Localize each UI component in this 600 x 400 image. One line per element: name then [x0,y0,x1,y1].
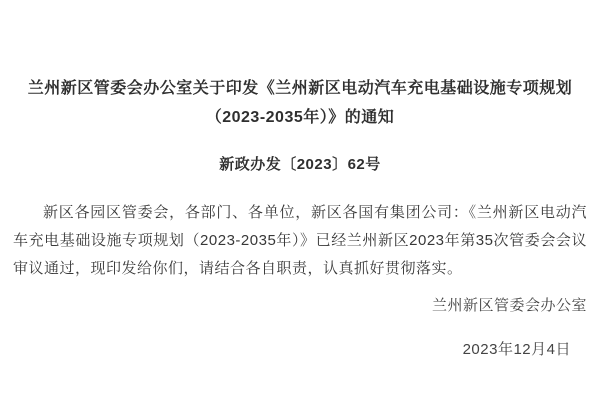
issue-date: 2023年12月4日 [13,336,587,364]
notice-body-paragraph: 新区各园区管委会，各部门、各单位，新区各国有集团公司：《兰州新区电动汽车充电基础… [13,199,587,283]
notice-title: 兰州新区管委会办公室关于印发《兰州新区电动汽车充电基础设施专项规划 （2023-… [13,0,587,132]
document-number: 新政办发〔2023〕62号 [13,153,587,174]
notice-title-line2: （2023-2035年）》的通知 [13,103,587,132]
notice-title-line1: 兰州新区管委会办公室关于印发《兰州新区电动汽车充电基础设施专项规划 [13,74,587,103]
notice-document: 兰州新区管委会办公室关于印发《兰州新区电动汽车充电基础设施专项规划 （2023-… [0,0,600,400]
issuing-office-signature: 兰州新区管委会办公室 [13,292,587,320]
